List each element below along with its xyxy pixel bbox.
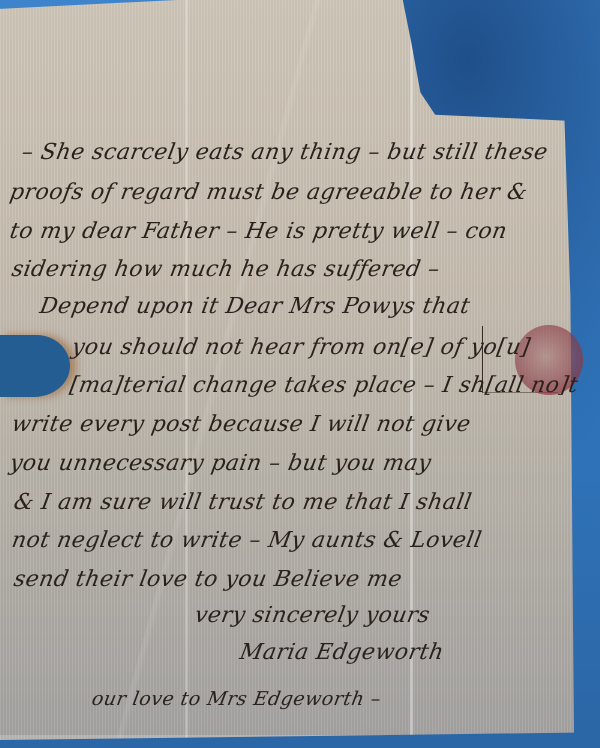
letter-line: & I am sure will trust to me that I shal… <box>12 490 474 515</box>
letter-line: Depend upon it Dear Mrs Powys that <box>38 294 472 319</box>
closing-line: very sincerely yours <box>193 603 432 628</box>
letter-line: – She scarcely eats any thing – but stil… <box>20 140 550 165</box>
signature: Maria Edgeworth <box>238 640 446 665</box>
letter-line: proofs of regard must be agreeable to he… <box>8 180 530 205</box>
letter-line: to my dear Father – He is pretty well – … <box>8 219 509 244</box>
postscript: our love to Mrs Edgeworth – <box>90 688 383 710</box>
letter-line: you unnecessary pain – but you may <box>8 451 433 476</box>
letter-line: sidering how much he has suffered – <box>10 257 442 282</box>
letter-line: not neglect to write – My aunts & Lovell <box>10 528 484 553</box>
letter-line: you should not hear from on[e] of yo[u] <box>70 335 533 360</box>
letter-text: – She scarcely eats any thing – but stil… <box>0 0 600 748</box>
letter-line: [ma]terial change takes place – I sh[all… <box>68 373 580 398</box>
letter-line: send their love to you Believe me <box>12 567 404 592</box>
letter-line: write every post because I will not give <box>10 412 473 437</box>
